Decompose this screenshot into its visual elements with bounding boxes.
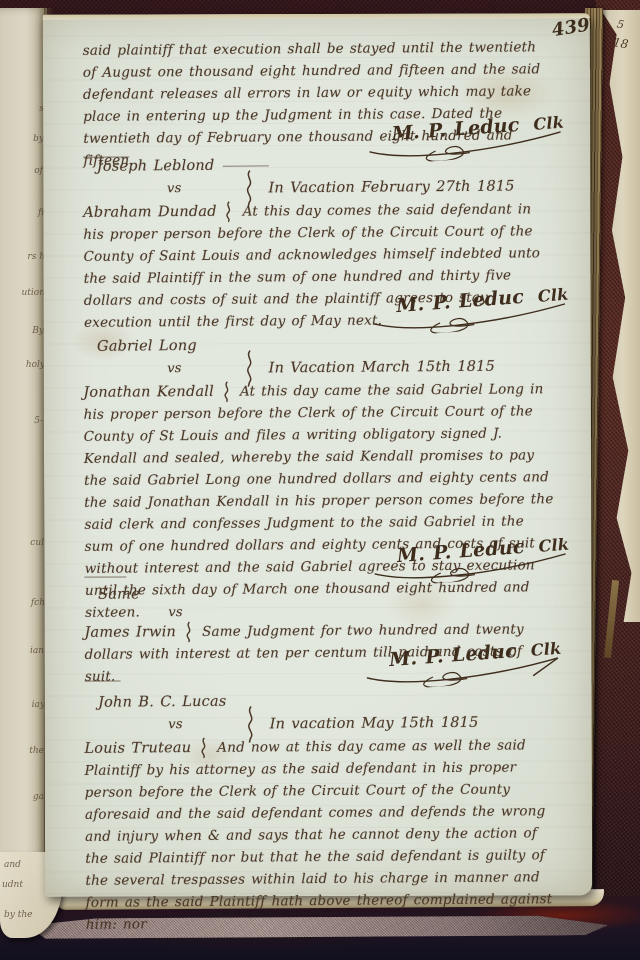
brace-icon [224,201,234,223]
versus-label: vs [168,714,183,736]
neighbor-fragment-text: 5 [616,17,625,31]
margin-fragment: ga [33,792,44,802]
plaintiff-name: Joseph Leblond [97,155,215,178]
defendant-row: Jonathan Kendall [83,381,231,404]
plaintiff-name: Gabriel Long [97,335,197,358]
margin-fragment: fch [31,598,45,608]
defendant-name: Louis Truteau [84,737,191,760]
margin-fragment: ian [30,646,44,656]
record-body: Louis Truteau And now at this day came a… [84,734,558,936]
margin-fragment: and [4,860,21,870]
manuscript-photo: 5 -18 s by of fi rs h ution By holy 5- c… [0,0,640,960]
ink-dash [85,681,121,682]
versus-row: vs In Vacation March 15th 1815 [83,354,555,382]
brace-icon [221,381,231,403]
brace-icon [198,737,208,759]
versus-row: vs In Vacation February 27th 1815 [83,174,555,202]
vacation-heading: In vacation May 15th 1815 [270,712,479,736]
vacation-heading: In Vacation March 15th 1815 [269,356,496,380]
plaintiff-name: John B. C. Lucas [98,691,227,714]
versus-label: vs [167,178,182,200]
defendant-row: Abraham Dundad [83,201,234,224]
margin-fragment: holy [26,360,45,370]
defendant-name: Jonathan Kendall [83,381,214,404]
ledger-page: 439 said plaintiff that execution shall … [43,13,592,896]
versus-row: vs In vacation May 15th 1815 [84,710,556,738]
margin-fragment: By [32,326,44,336]
flourish-line [222,165,268,166]
margin-fragment: rs h [27,252,45,262]
defendant-name: James Irwin [84,621,176,644]
margin-fragment: ution [21,288,45,298]
versus-label: vs [168,602,183,624]
margin-fragment: the [29,746,44,756]
page-content: 439 said plaintiff that execution shall … [43,13,592,896]
margin-fragment: of [34,166,43,176]
margin-fragment: cul [30,538,44,548]
versus-label: vs [167,358,182,380]
page-number: 439 [550,14,591,41]
margin-fragment: iay [32,700,45,710]
margin-fragment: 5- [34,416,43,426]
brace-icon [183,621,193,643]
defendant-name: Abraham Dundad [83,201,217,224]
margin-fragment: by the [4,910,32,920]
defendant-row: James Irwin [84,621,193,644]
vacation-heading: In Vacation February 27th 1815 [268,175,514,199]
ink-dash [84,577,126,578]
court-record: John B. C. Lucas vs In vacation May 15th… [84,688,558,936]
margin-fragment: udnt [2,880,23,890]
record-body-text: And now at this day came as well the sai… [85,737,553,932]
plaintiff-name: Same [98,583,140,605]
previous-page-strip: s by of fi rs h ution By holy 5- cul fch… [0,8,47,900]
defendant-row: Louis Truteau [84,737,208,760]
